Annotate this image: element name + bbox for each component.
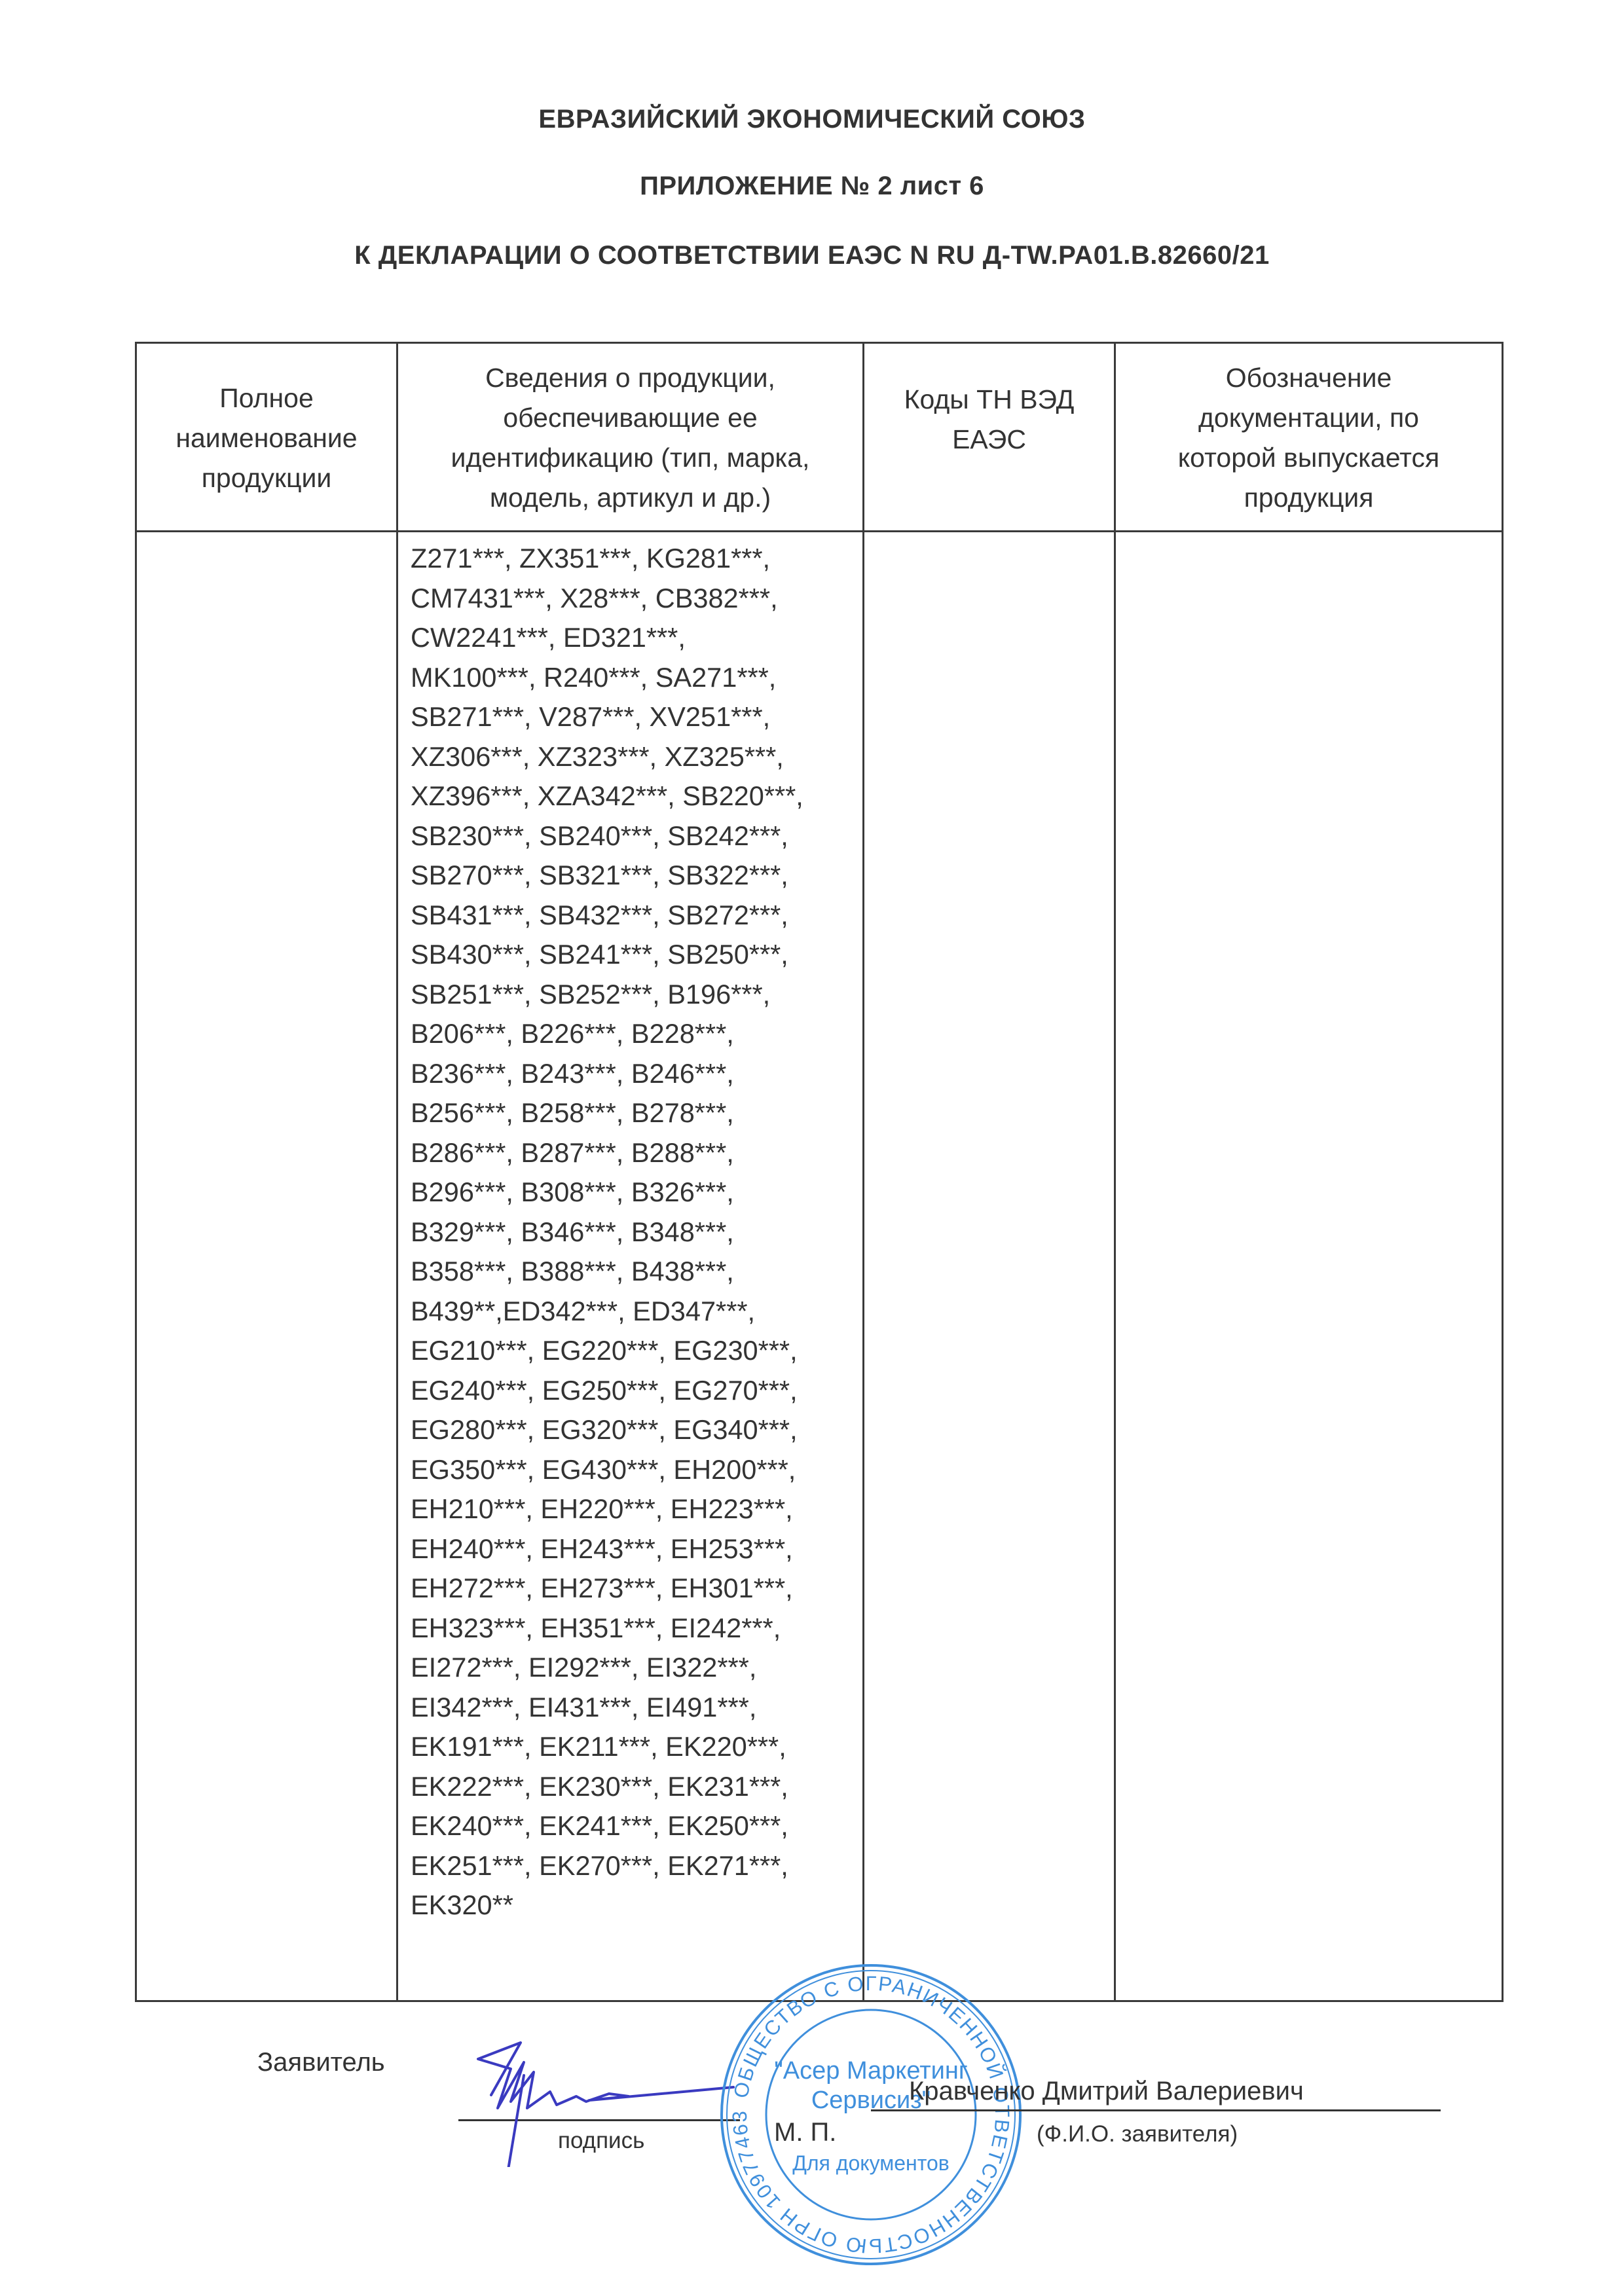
header-text-line: документации, по [1178,398,1439,438]
model-line: SB271***, V287***, XV251***, [411,697,862,737]
stamp-place-label: М. П. [774,2118,836,2147]
model-line: EH210***, EH220***, EH223***, [411,1489,862,1529]
model-line: EK222***, EK230***, EK231***, [411,1767,862,1807]
model-line: EH272***, EH273***, EH301***, [411,1569,862,1609]
model-line: EH240***, EH243***, EH253***, [411,1529,862,1569]
model-line: B286***, B287***, B288***, [411,1133,862,1173]
model-line: SB230***, SB240***, SB242***, [411,816,862,856]
name-caption: (Ф.И.О. заявителя) [1037,2121,1238,2147]
model-line: EK191***, EK211***, EK220***, [411,1727,862,1767]
header-text-line: идентификацию (тип, марка, [451,438,810,478]
header-text-line: продукции [175,458,357,498]
model-line: B329***, B346***, B348***, [411,1212,862,1252]
header-text-line: обеспечивающие ее [451,398,810,438]
model-line: EK240***, EK241***, EK250***, [411,1806,862,1846]
model-line: XZ396***, XZA342***, SB220***, [411,776,862,816]
company-stamp: ОБЩЕСТВО С ОГРАНИЧЕННОЙ ОТВЕТСТВЕННОСТЬЮ… [710,1954,1031,2275]
model-line: EH323***, EH351***, EI242***, [411,1609,862,1649]
svg-text:Для документов: Для документов [792,2151,950,2175]
applicant-name: Кравченко Дмитрий Валериевич [909,2077,1304,2106]
header-documentation: Обозначениедокументации, покоторой выпус… [1116,344,1502,532]
model-line: EG350***, EG430***, EH200***, [411,1450,862,1490]
header-product-name: Полноенаименованиепродукции [137,344,396,532]
model-line: B256***, B258***, B278***, [411,1093,862,1133]
model-line: EG210***, EG220***, EG230***, [411,1331,862,1371]
header-text-line: Коды ТН ВЭД [904,380,1075,420]
model-line: XZ306***, XZ323***, XZ325***, [411,737,862,777]
model-line: B358***, B388***, B438***, [411,1252,862,1292]
model-line: SB270***, SB321***, SB322***, [411,856,862,896]
model-line: EK320** [411,1886,862,1925]
header-text-line: Полное [175,378,357,418]
header-text-line: наименование [175,418,357,458]
model-line: EI272***, EI292***, EI322***, [411,1648,862,1688]
header-product-info: Сведения о продукции,обеспечивающие ееид… [398,344,862,532]
col-divider [862,344,864,2000]
union-title: ЕВРАЗИЙСКИЙ ЭКОНОМИЧЕСКИЙ СОЮЗ [0,105,1624,134]
model-line: B236***, B243***, B246***, [411,1054,862,1094]
signature-scribble [458,2023,747,2167]
model-line: EG280***, EG320***, EG340***, [411,1410,862,1450]
header-text-line: продукция [1178,478,1439,518]
header-tnved-codes: Коды ТН ВЭДЕАЭС [864,344,1114,532]
model-line: CW2241***, ED321***, [411,618,862,658]
col-divider [396,344,398,2000]
applicant-label: Заявитель [257,2048,385,2077]
model-line: MK100***, R240***, SA271***, [411,658,862,698]
appendix-title: ПРИЛОЖЕНИЕ № 2 лист 6 [0,172,1624,201]
header-text-line: Обозначение [1178,358,1439,398]
model-line: B206***, B226***, B228***, [411,1014,862,1054]
model-line: SB431***, SB432***, SB272***, [411,896,862,936]
header-text-line: ЕАЭС [904,420,1075,460]
model-line: EG240***, EG250***, EG270***, [411,1371,862,1411]
declaration-title: К ДЕКЛАРАЦИИ О СООТВЕТСТВИИ ЕАЭС N RU Д-… [0,241,1624,270]
model-line: EK251***, EK270***, EK271***, [411,1846,862,1886]
header-text-line: модель, артикул и др.) [451,478,810,518]
header-text-line: Сведения о продукции, [451,358,810,398]
model-line: B296***, B308***, B326***, [411,1173,862,1212]
model-line: SB430***, SB241***, SB250***, [411,935,862,975]
model-line: EI342***, EI431***, EI491***, [411,1688,862,1728]
header-text-line: которой выпускается [1178,438,1439,478]
name-line [871,2109,1441,2111]
model-line: B439**,ED342***, ED347***, [411,1292,862,1332]
product-table: Полноенаименованиепродукции Сведения о п… [135,342,1504,2002]
model-line: CM7431***, X28***, CB382***, [411,579,862,619]
model-line: Z271***, ZX351***, KG281***, [411,539,862,579]
model-line: SB251***, SB252***, B196***, [411,975,862,1015]
model-list: Z271***, ZX351***, KG281***,CM7431***, X… [411,539,862,1925]
col-divider [1114,344,1116,2000]
